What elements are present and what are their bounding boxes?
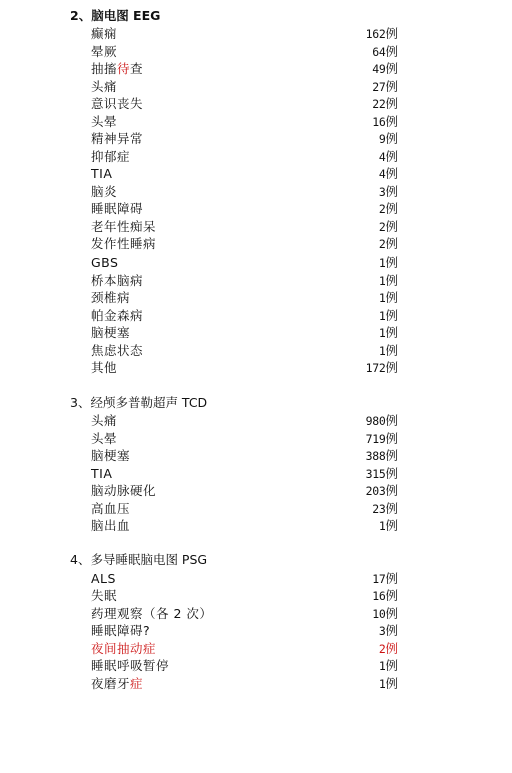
- list-item: 夜磨牙症 1例: [0, 675, 512, 692]
- list-item: 脑动脉硬化 203例: [0, 482, 512, 499]
- item-count: 1例: [379, 657, 398, 675]
- item-count: 3例: [379, 622, 398, 640]
- list-item: 桥本脑病 1例: [0, 272, 512, 289]
- item-count: 162例: [366, 25, 398, 43]
- item-label: 癫痫: [91, 25, 117, 42]
- item-count: 1例: [379, 254, 398, 272]
- item-count: 719例: [366, 430, 398, 448]
- item-label: 头痛: [91, 78, 117, 95]
- item-label: ALS: [91, 570, 116, 587]
- item-count: 388例: [366, 447, 398, 465]
- item-label: 其他: [91, 359, 117, 376]
- list-item: GBS 1例: [0, 254, 512, 271]
- list-item: 睡眠呼吸暂停 1例: [0, 657, 512, 674]
- item-label: 睡眠障碍?: [91, 622, 150, 639]
- item-label: 药理观察（各 2 次）: [91, 605, 212, 622]
- highlighted-text: 症: [130, 676, 143, 691]
- item-count: 980例: [366, 412, 398, 430]
- list-item: 意识丧失 22例: [0, 95, 512, 112]
- item-label: GBS: [91, 254, 118, 271]
- item-label: 颈椎病: [91, 289, 130, 306]
- item-count: 315例: [366, 465, 398, 483]
- list-item: 睡眠障碍 2例: [0, 200, 512, 217]
- item-label: 脑动脉硬化: [91, 482, 156, 499]
- item-count: 1例: [379, 272, 398, 290]
- item-label: 脑炎: [91, 183, 117, 200]
- list-item: 脑梗塞 388例: [0, 447, 512, 464]
- item-count: 1例: [379, 307, 398, 325]
- list-item: 精神异常 9例: [0, 130, 512, 147]
- item-count: 64例: [372, 43, 398, 61]
- list-item: 其他 172例: [0, 359, 512, 376]
- list-item: 头晕 16例: [0, 113, 512, 130]
- item-label: 脑出血: [91, 517, 130, 534]
- item-count: 1例: [379, 342, 398, 360]
- item-count: 1例: [379, 675, 398, 693]
- item-label: 帕金森病: [91, 307, 143, 324]
- item-count: 3例: [379, 183, 398, 201]
- item-count: 4例: [379, 148, 398, 166]
- section-title-tcd: 3、经颅多普勒超声 TCD: [70, 394, 207, 411]
- list-item: 头晕 719例: [0, 430, 512, 447]
- item-count: 203例: [366, 482, 398, 500]
- item-count: 172例: [366, 359, 398, 377]
- list-item: ALS 17例: [0, 570, 512, 587]
- item-count: 1例: [379, 324, 398, 342]
- list-item: 晕厥 64例: [0, 43, 512, 60]
- item-label: 头晕: [91, 430, 117, 447]
- list-item: 药理观察（各 2 次） 10例: [0, 605, 512, 622]
- list-item: 抑郁症 4例: [0, 148, 512, 165]
- item-label: 睡眠障碍: [91, 200, 143, 217]
- item-count: 49例: [372, 60, 398, 78]
- list-item: 脑梗塞 1例: [0, 324, 512, 341]
- list-item: 睡眠障碍? 3例: [0, 622, 512, 639]
- list-item: 夜间抽动症 2例: [0, 640, 512, 657]
- item-label: 夜间抽动症: [91, 640, 156, 657]
- item-count: 2例: [379, 640, 398, 658]
- list-item: 抽搐待查 49例: [0, 60, 512, 77]
- list-item: 癫痫 162例: [0, 25, 512, 42]
- list-item: 焦虑状态 1例: [0, 342, 512, 359]
- item-label: 头晕: [91, 113, 117, 130]
- list-item: TIA 4例: [0, 165, 512, 182]
- highlighted-text: 待: [117, 61, 130, 76]
- item-count: 2例: [379, 235, 398, 253]
- list-item: TIA 315例: [0, 465, 512, 482]
- list-item: 头痛 980例: [0, 412, 512, 429]
- item-count: 4例: [379, 165, 398, 183]
- item-label: 老年性痴呆: [91, 218, 156, 235]
- item-count: 2例: [379, 218, 398, 236]
- item-label: TIA: [91, 465, 112, 482]
- list-item: 帕金森病 1例: [0, 307, 512, 324]
- item-count: 1例: [379, 289, 398, 307]
- item-count: 23例: [372, 500, 398, 518]
- item-label: 脑梗塞: [91, 324, 130, 341]
- item-label: 抽搐待查: [91, 60, 143, 77]
- item-label: 精神异常: [91, 130, 143, 147]
- section-title-eeg: 2、脑电图 EEG: [70, 7, 160, 24]
- item-count: 17例: [372, 570, 398, 588]
- list-item: 老年性痴呆 2例: [0, 218, 512, 235]
- item-label: 高血压: [91, 500, 130, 517]
- list-item: 发作性睡病 2例: [0, 235, 512, 252]
- list-item: 高血压 23例: [0, 500, 512, 517]
- item-label: 睡眠呼吸暂停: [91, 657, 169, 674]
- item-label: 意识丧失: [91, 95, 143, 112]
- item-label: 夜磨牙症: [91, 675, 143, 692]
- section-title-psg: 4、多导睡眠脑电图 PSG: [70, 551, 207, 568]
- item-label: 发作性睡病: [91, 235, 156, 252]
- item-count: 27例: [372, 78, 398, 96]
- list-item: 颈椎病 1例: [0, 289, 512, 306]
- item-label: TIA: [91, 165, 112, 182]
- item-label: 脑梗塞: [91, 447, 130, 464]
- item-count: 10例: [372, 605, 398, 623]
- item-label: 抑郁症: [91, 148, 130, 165]
- item-count: 2例: [379, 200, 398, 218]
- item-label: 焦虑状态: [91, 342, 143, 359]
- item-count: 1例: [379, 517, 398, 535]
- list-item: 脑炎 3例: [0, 183, 512, 200]
- item-label: 桥本脑病: [91, 272, 143, 289]
- list-item: 脑出血 1例: [0, 517, 512, 534]
- item-count: 9例: [379, 130, 398, 148]
- item-count: 16例: [372, 113, 398, 131]
- list-item: 头痛 27例: [0, 78, 512, 95]
- list-item: 失眠 16例: [0, 587, 512, 604]
- item-count: 22例: [372, 95, 398, 113]
- item-label: 失眠: [91, 587, 117, 604]
- item-label: 晕厥: [91, 43, 117, 60]
- item-label: 头痛: [91, 412, 117, 429]
- item-count: 16例: [372, 587, 398, 605]
